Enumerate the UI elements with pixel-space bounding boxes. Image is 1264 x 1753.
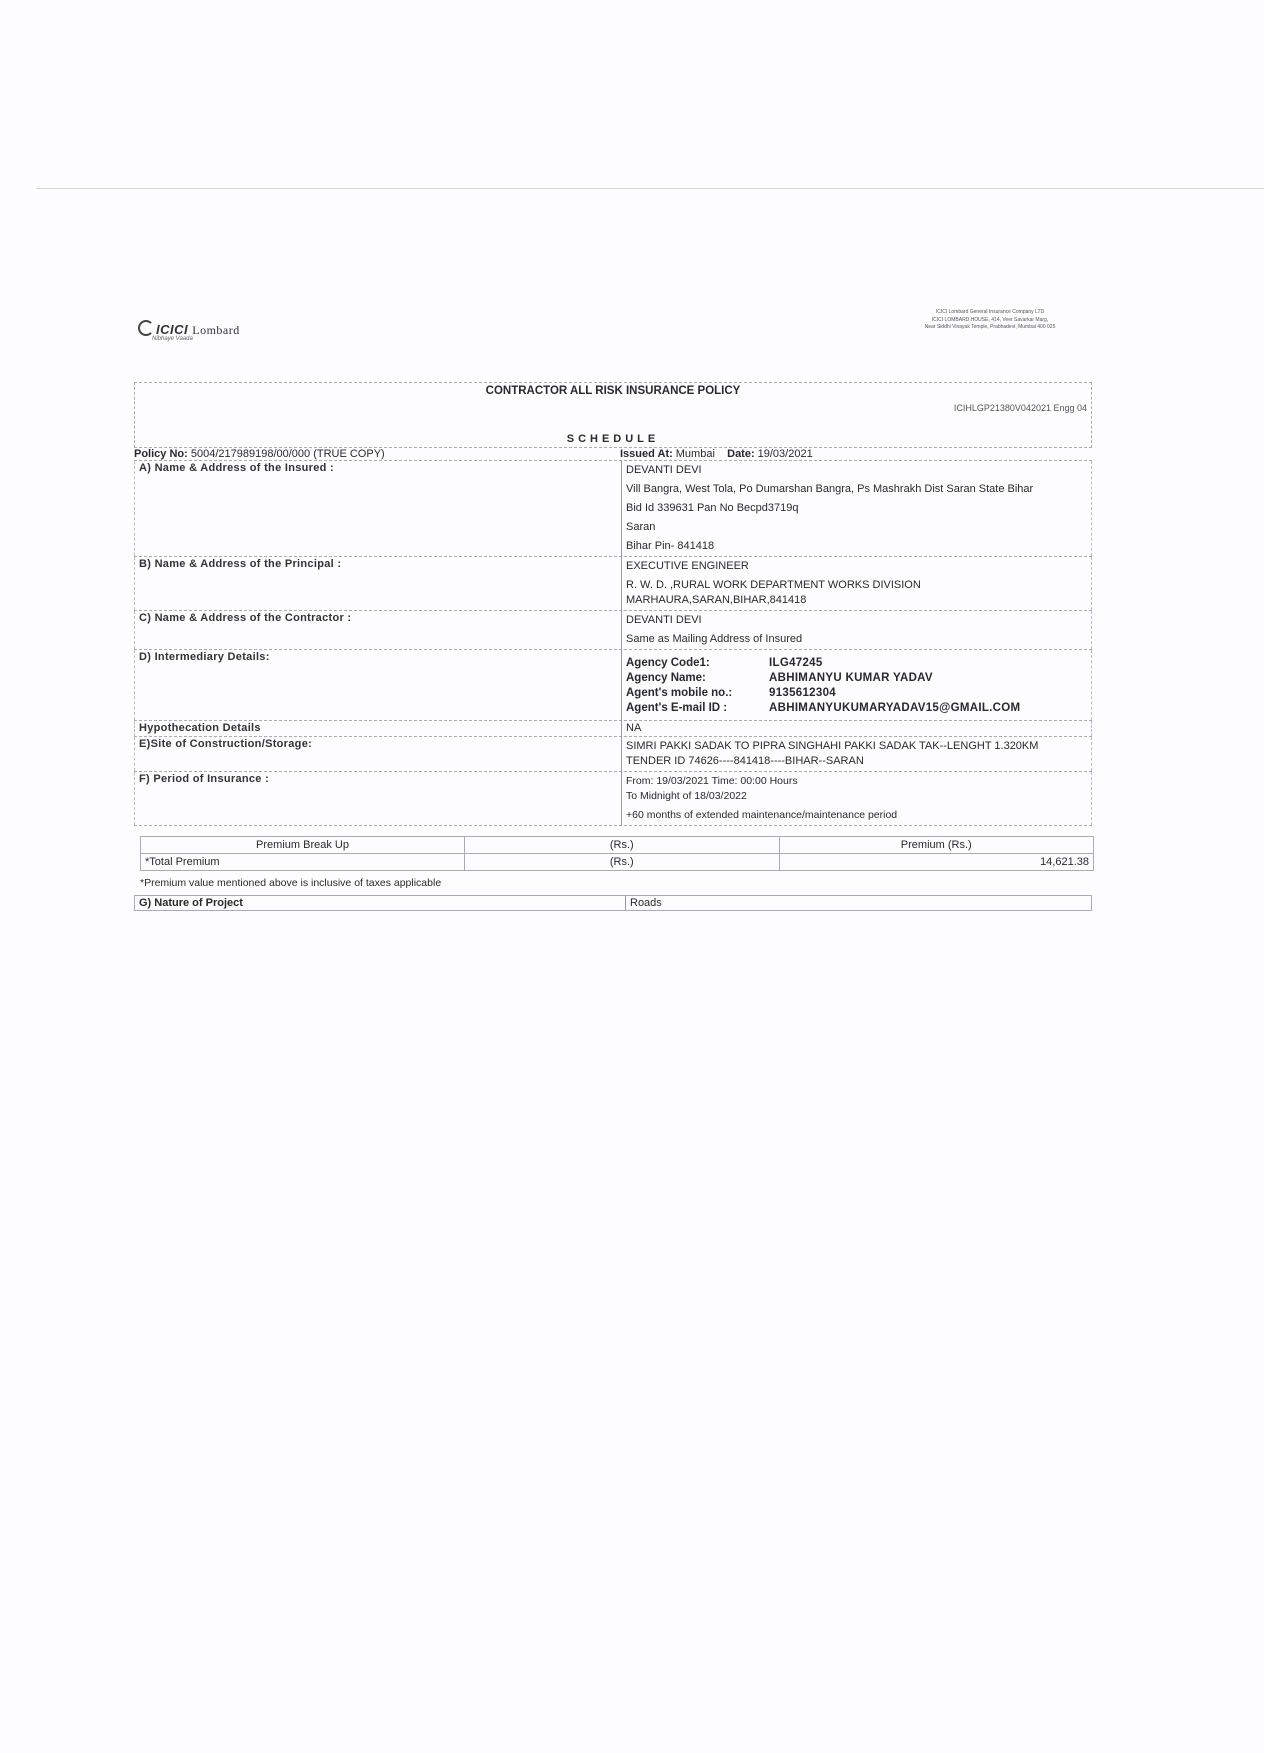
logo-brand: ICICI [156,322,188,337]
contractor-address: Same as Mailing Address of Insured [626,632,1087,647]
agency-code-label: Agency Code1: [626,656,769,671]
premium-table: Premium Break Up (Rs.) Premium (Rs.) *To… [140,836,1094,871]
document-title: CONTRACTOR ALL RISK INSURANCE POLICY [135,385,1091,397]
period-label: F) Period of Insurance : [134,772,621,825]
tender-id: TENDER ID 74626----841418----BIHAR--SARA… [626,754,1087,769]
title-box: CONTRACTOR ALL RISK INSURANCE POLICY ICI… [134,382,1092,448]
period-row: F) Period of Insurance : From: 19/03/202… [134,772,1092,826]
period-from: From: 19/03/2021 Time: 00:00 Hours [626,774,1087,789]
table-row: *Total Premium (Rs.) 14,621.38 [141,854,1094,871]
agency-name-label: Agency Name: [626,671,769,686]
issue-date: 19/03/2021 [758,448,813,460]
company-line: Near Siddhi Vinayak Temple, Prabhadevi, … [910,324,1070,332]
policy-no: 5004/217989198/00/000 (TRUE COPY) [191,448,385,460]
issued-at-label: Issued At: [620,448,673,460]
nature-value: Roads [625,896,1091,910]
intermediary-label: D) Intermediary Details: [134,650,621,720]
principal-address: MARHAURA,SARAN,BIHAR,841418 [626,593,1087,608]
agent-mobile: 9135612304 [769,686,1087,701]
policy-no-label: Policy No: [134,448,188,460]
premium-header-row: Premium Break Up (Rs.) Premium (Rs.) [141,837,1094,854]
insured-district: Saran [626,520,1087,535]
insured-address: Vill Bangra, West Tola, Po Dumarshan Ban… [626,482,1087,497]
logo-brand-suffix: Lombard [192,323,240,337]
premium-header: Premium Break Up [141,837,465,854]
nature-label: G) Nature of Project [135,896,625,910]
principal-title: EXECUTIVE ENGINEER [626,559,1087,574]
scan-edge-line [36,188,1264,189]
contractor-name: DEVANTI DEVI [626,613,1087,628]
premium-note: *Premium value mentioned above is inclus… [140,877,1092,889]
issued-at: Mumbai [676,448,715,460]
insured-name: DEVANTI DEVI [626,463,1087,478]
agency-name: ABHIMANYU KUMAR YADAV [769,671,1087,686]
total-premium-unit: (Rs.) [465,854,779,871]
form-code: ICIHLGP21380V042021 Engg 04 [954,403,1087,413]
period-to: To Midnight of 18/03/2022 [626,789,1087,804]
insured-ids: Bid Id 339631 Pan No Becpd3719q [626,501,1087,516]
icici-lombard-logo: ICICI Lombard Nibhaye Vaada [138,320,240,342]
company-line: ICICI Lombard General Insurance Company … [910,309,1070,317]
maintenance-period: +60 months of extended maintenance/maint… [626,808,1087,823]
hypothecation-label: Hypothecation Details [134,721,621,736]
total-premium-amount: 14,621.38 [779,854,1094,871]
agent-mobile-label: Agent's mobile no.: [626,686,769,701]
premium-header: (Rs.) [465,837,779,854]
site-row: E)Site of Construction/Storage: SIMRI PA… [134,737,1092,772]
premium-header: Premium (Rs.) [779,837,1094,854]
intermediary-row: D) Intermediary Details: Agency Code1:IL… [134,650,1092,721]
policy-number-row: Policy No: 5004/217989198/00/000 (TRUE C… [134,448,1092,461]
hypothecation-value: NA [626,721,1087,736]
schedule-heading: SCHEDULE [135,433,1091,445]
date-label: Date: [727,448,755,460]
principal-label: B) Name & Address of the Principal : [134,557,621,610]
contractor-row: C) Name & Address of the Contractor : DE… [134,611,1092,650]
total-premium-label: *Total Premium [141,854,465,871]
insured-label: A) Name & Address of the Insured : [134,461,621,556]
site-description: SIMRI PAKKI SADAK TO PIPRA SINGHAHI PAKK… [626,739,1087,754]
insured-row: A) Name & Address of the Insured : DEVAN… [134,461,1092,557]
policy-schedule: CONTRACTOR ALL RISK INSURANCE POLICY ICI… [134,382,1092,911]
insured-pin: Bihar Pin- 841418 [626,539,1087,554]
agent-email-label: Agent's E-mail ID : [626,701,769,716]
logo-swirl-icon [138,320,154,336]
contractor-label: C) Name & Address of the Contractor : [134,611,621,649]
nature-row: G) Nature of Project Roads [134,895,1092,911]
principal-row: B) Name & Address of the Principal : EXE… [134,557,1092,611]
principal-dept: R. W. D. ,RURAL WORK DEPARTMENT WORKS DI… [626,578,1087,593]
company-address: ICICI Lombard General Insurance Company … [910,309,1070,332]
site-label: E)Site of Construction/Storage: [134,737,621,771]
agency-code: ILG47245 [769,656,1087,671]
agent-email: ABHIMANYUKUMARYADAV15@GMAIL.COM [769,701,1087,716]
hypothecation-row: Hypothecation Details NA [134,721,1092,737]
company-line: ICICI LOMBARD HOUSE, 414, Veer Savarkar … [910,317,1070,325]
